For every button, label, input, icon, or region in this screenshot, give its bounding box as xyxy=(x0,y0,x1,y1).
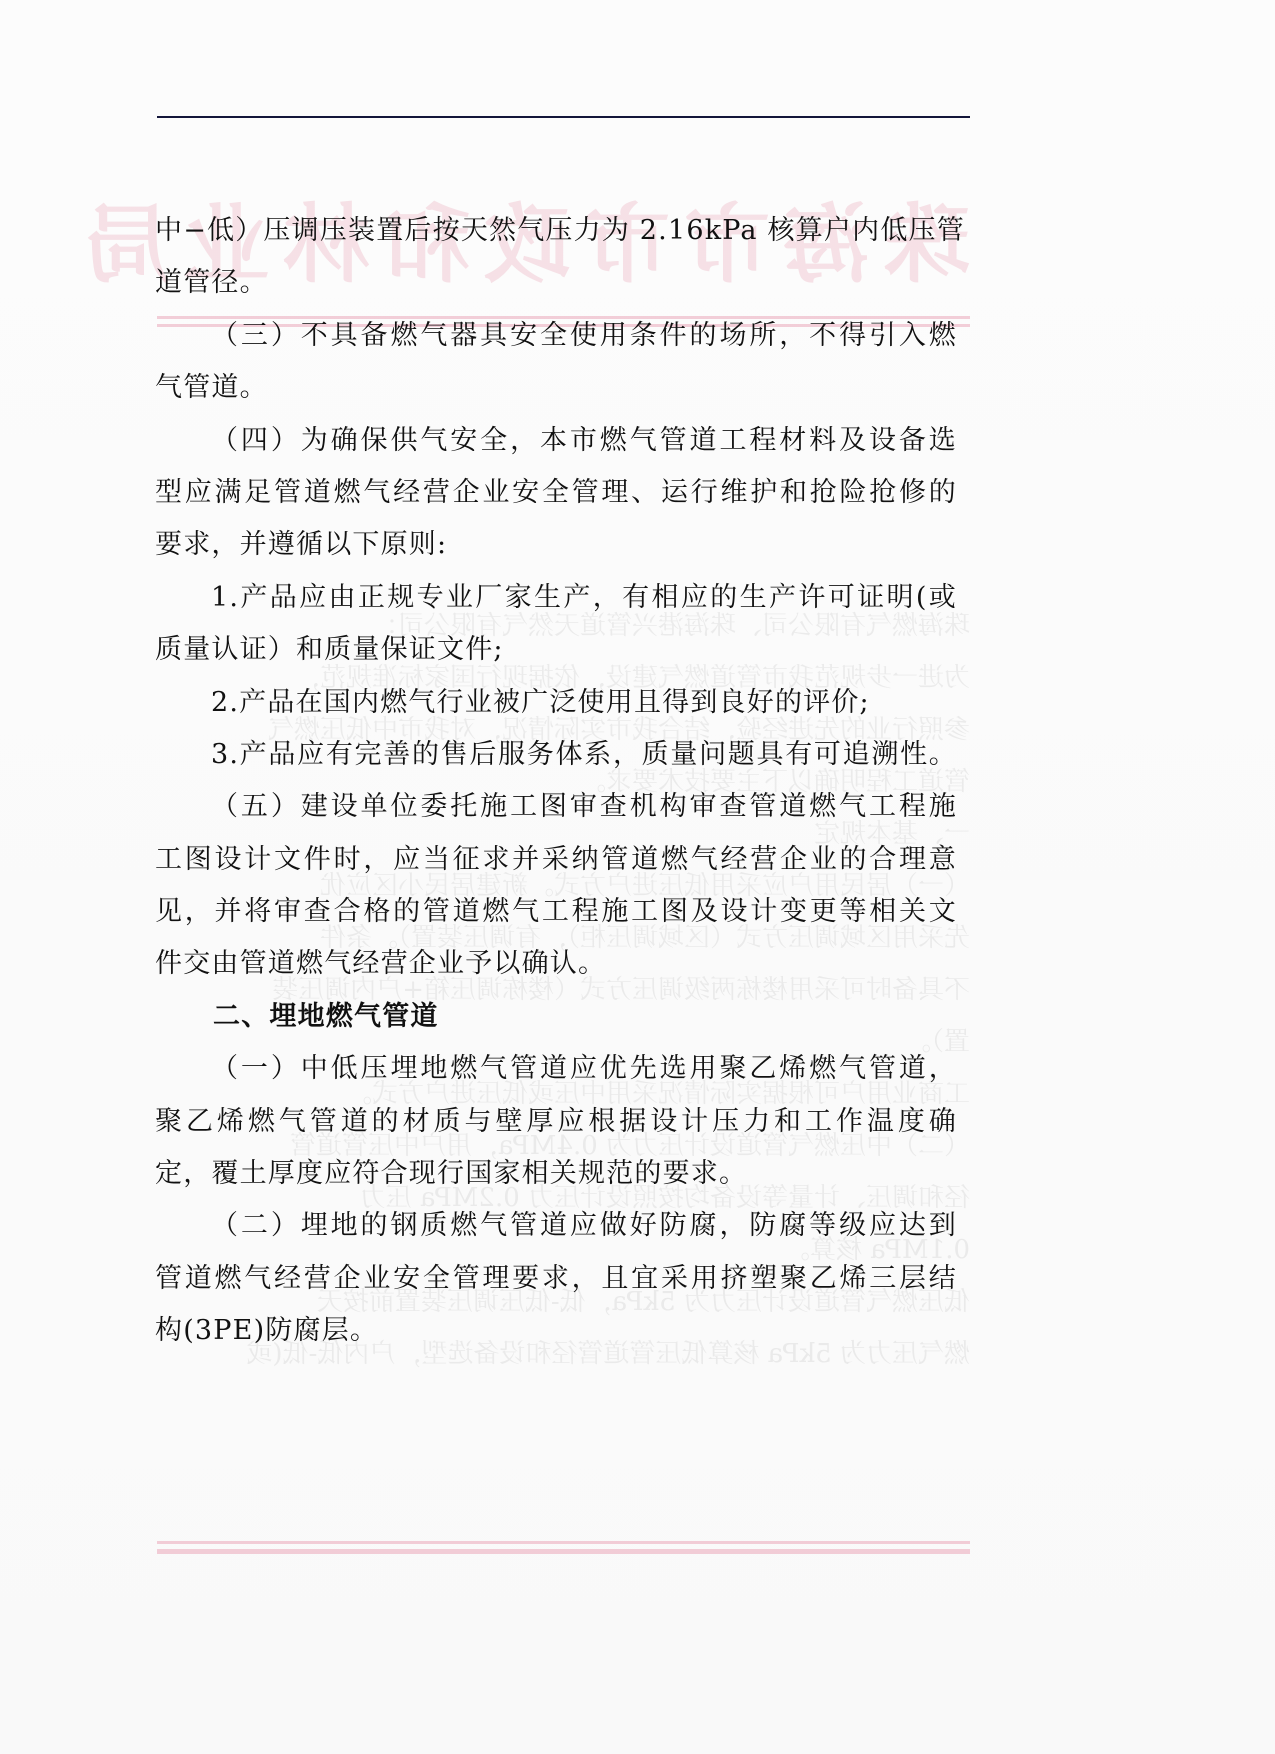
body-line: 质量认证）和质量保证文件; xyxy=(155,624,957,676)
body-line: 聚乙烯燃气管道的材质与壁厚应根据设计压力和工作温度确 xyxy=(155,1096,957,1148)
body-line: 见，并将审查合格的管道燃气工程施工图及设计变更等相关文 xyxy=(155,886,957,938)
list-item-2: 2.产品在国内燃气行业被广泛使用且得到良好的评价; xyxy=(155,677,957,729)
body-line: 构(3PE)防腐层。 xyxy=(155,1305,957,1357)
clause-four: （四）为确保供气安全，本市燃气管道工程材料及设备选 xyxy=(155,415,957,467)
body-line: 道管径。 xyxy=(155,257,957,309)
list-item-1: 1.产品应由正规专业厂家生产，有相应的生产许可证明(或 xyxy=(155,572,957,624)
clause-one: （一）中低压埋地燃气管道应优先选用聚乙烯燃气管道， xyxy=(155,1043,957,1095)
body-line: 管道燃气经营企业安全管理要求，且宜采用挤塑聚乙烯三层结 xyxy=(155,1253,957,1305)
body-line: 定，覆土厚度应符合现行国家相关规范的要求。 xyxy=(155,1148,957,1200)
clause-three: （三）不具备燃气器具安全使用条件的场所，不得引入燃 xyxy=(155,310,957,362)
body-line: 型应满足管道燃气经营企业安全管理、运行维护和抢险抢修的 xyxy=(155,467,957,519)
scanned-page: 珠海市市政和林业局 珠海燃气有限公司、珠海港兴管道天然气有限公司： 为进一步规范… xyxy=(0,0,1275,1754)
body-line: 件交由管道燃气经营企业予以确认。 xyxy=(155,938,957,990)
body-line: 要求，并遵循以下原则: xyxy=(155,519,957,571)
clause-two: （二）埋地的钢质燃气管道应做好防腐，防腐等级应达到 xyxy=(155,1200,957,1252)
section-heading-buried-pipeline: 二、埋地燃气管道 xyxy=(155,991,957,1043)
list-item-3: 3.产品应有完善的售后服务体系，质量问题具有可追溯性。 xyxy=(155,729,957,781)
body-line: 中−低）压调压装置后按天然气压力为 2.16kPa 核算户内低压管 xyxy=(155,205,957,257)
clause-five: （五）建设单位委托施工图审查机构审查管道燃气工程施 xyxy=(155,781,957,833)
document-body: 中−低）压调压装置后按天然气压力为 2.16kPa 核算户内低压管 道管径。 （… xyxy=(155,205,957,1358)
bleed-through-rule xyxy=(157,1541,970,1544)
body-line: 工图设计文件时，应当征求并采纳管道燃气经营企业的合理意 xyxy=(155,834,957,886)
header-rule xyxy=(157,116,970,118)
bleed-through-rule xyxy=(157,1549,970,1554)
body-line: 气管道。 xyxy=(155,362,957,414)
